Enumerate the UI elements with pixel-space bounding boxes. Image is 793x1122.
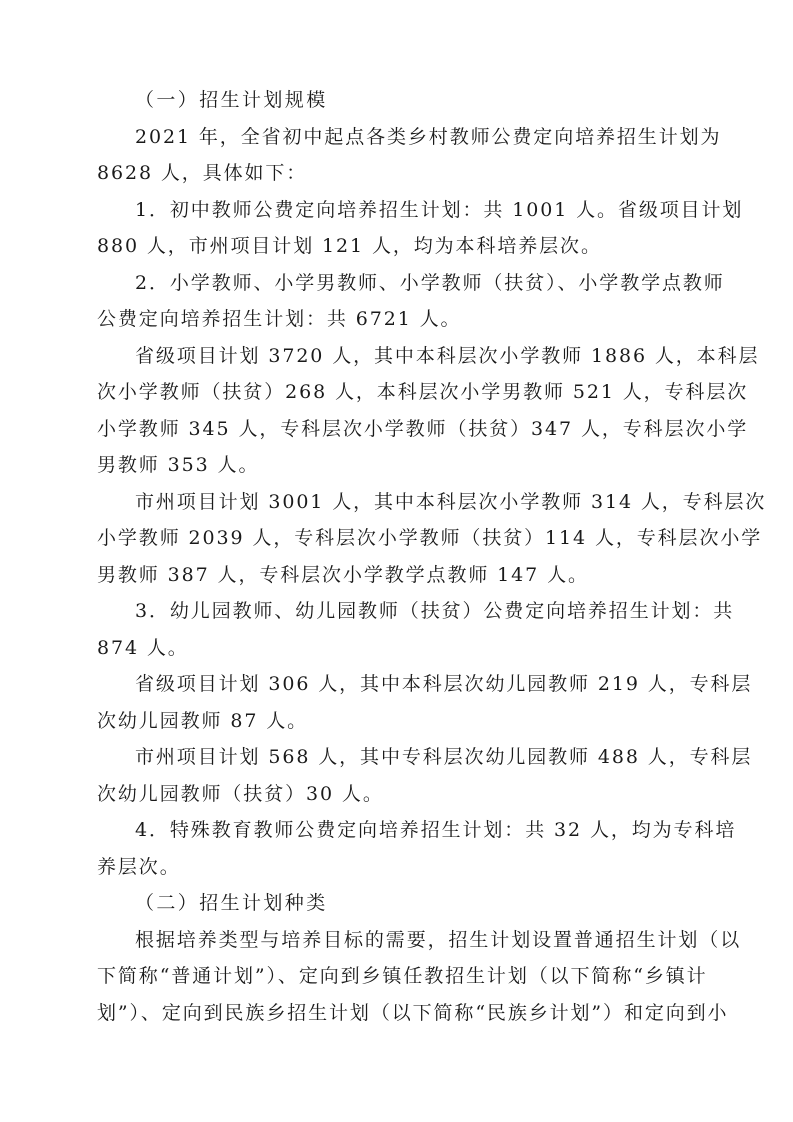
- provincial-primary-line-2: 次小学教师（扶贫）268 人，本科层次小学男教师 521 人，专科层次: [97, 374, 697, 410]
- item-2-line-2: 公费定向培养招生计划：共 6721 人。: [97, 301, 697, 337]
- item-1-line-2: 880 人，市州项目计划 121 人，均为本科培养层次。: [97, 228, 697, 264]
- types-paragraph-line-1: 根据培养类型与培养目标的需要，招生计划设置普通招生计划（以: [135, 922, 697, 958]
- item-3-line-1: 3．幼儿园教师、幼儿园教师（扶贫）公费定向培养招生计划：共: [135, 593, 697, 629]
- document-page: （一）招生计划规模 2021 年，全省初中起点各类乡村教师公费定向培养招生计划为…: [0, 0, 793, 1122]
- municipal-primary-line-3: 男教师 387 人，专科层次小学教学点教师 147 人。: [97, 557, 697, 593]
- item-3-line-2: 874 人。: [97, 630, 697, 666]
- item-2-line-1: 2．小学教师、小学男教师、小学教师（扶贫）、小学教学点教师: [135, 265, 697, 301]
- provincial-kindergarten-line-2: 次幼儿园教师 87 人。: [97, 703, 697, 739]
- paragraph-total-line-2: 8628 人，具体如下：: [97, 155, 697, 191]
- item-1-line-1: 1．初中教师公费定向培养招生计划：共 1001 人。省级项目计划: [135, 192, 697, 228]
- section-heading-types: （二）招生计划种类: [135, 885, 328, 921]
- section-heading-scale: （一）招生计划规模: [135, 82, 328, 118]
- provincial-primary-line-4: 男教师 353 人。: [97, 447, 697, 483]
- provincial-primary-line-3: 小学教师 345 人，专科层次小学教师（扶贫）347 人，专科层次小学: [97, 411, 697, 447]
- item-4-line-2: 养层次。: [97, 849, 697, 885]
- municipal-primary-line-1: 市州项目计划 3001 人，其中本科层次小学教师 314 人，专科层次: [135, 484, 697, 520]
- provincial-kindergarten-line-1: 省级项目计划 306 人，其中本科层次幼儿园教师 219 人，专科层: [135, 666, 697, 702]
- types-paragraph-line-3: 划”）、定向到民族乡招生计划（以下简称“民族乡计划”）和定向到小: [97, 995, 697, 1031]
- paragraph-total-line-1: 2021 年，全省初中起点各类乡村教师公费定向培养招生计划为: [135, 119, 697, 155]
- municipal-primary-line-2: 小学教师 2039 人，专科层次小学教师（扶贫）114 人，专科层次小学: [97, 520, 697, 556]
- municipal-kindergarten-line-1: 市州项目计划 568 人，其中专科层次幼儿园教师 488 人，专科层: [135, 739, 697, 775]
- item-4-line-1: 4．特殊教育教师公费定向培养招生计划：共 32 人，均为专科培: [135, 812, 697, 848]
- municipal-kindergarten-line-2: 次幼儿园教师（扶贫）30 人。: [97, 776, 697, 812]
- provincial-primary-line-1: 省级项目计划 3720 人，其中本科层次小学教师 1886 人，本科层: [135, 338, 697, 374]
- types-paragraph-line-2: 下简称“普通计划”）、定向到乡镇任教招生计划（以下简称“乡镇计: [97, 958, 697, 994]
